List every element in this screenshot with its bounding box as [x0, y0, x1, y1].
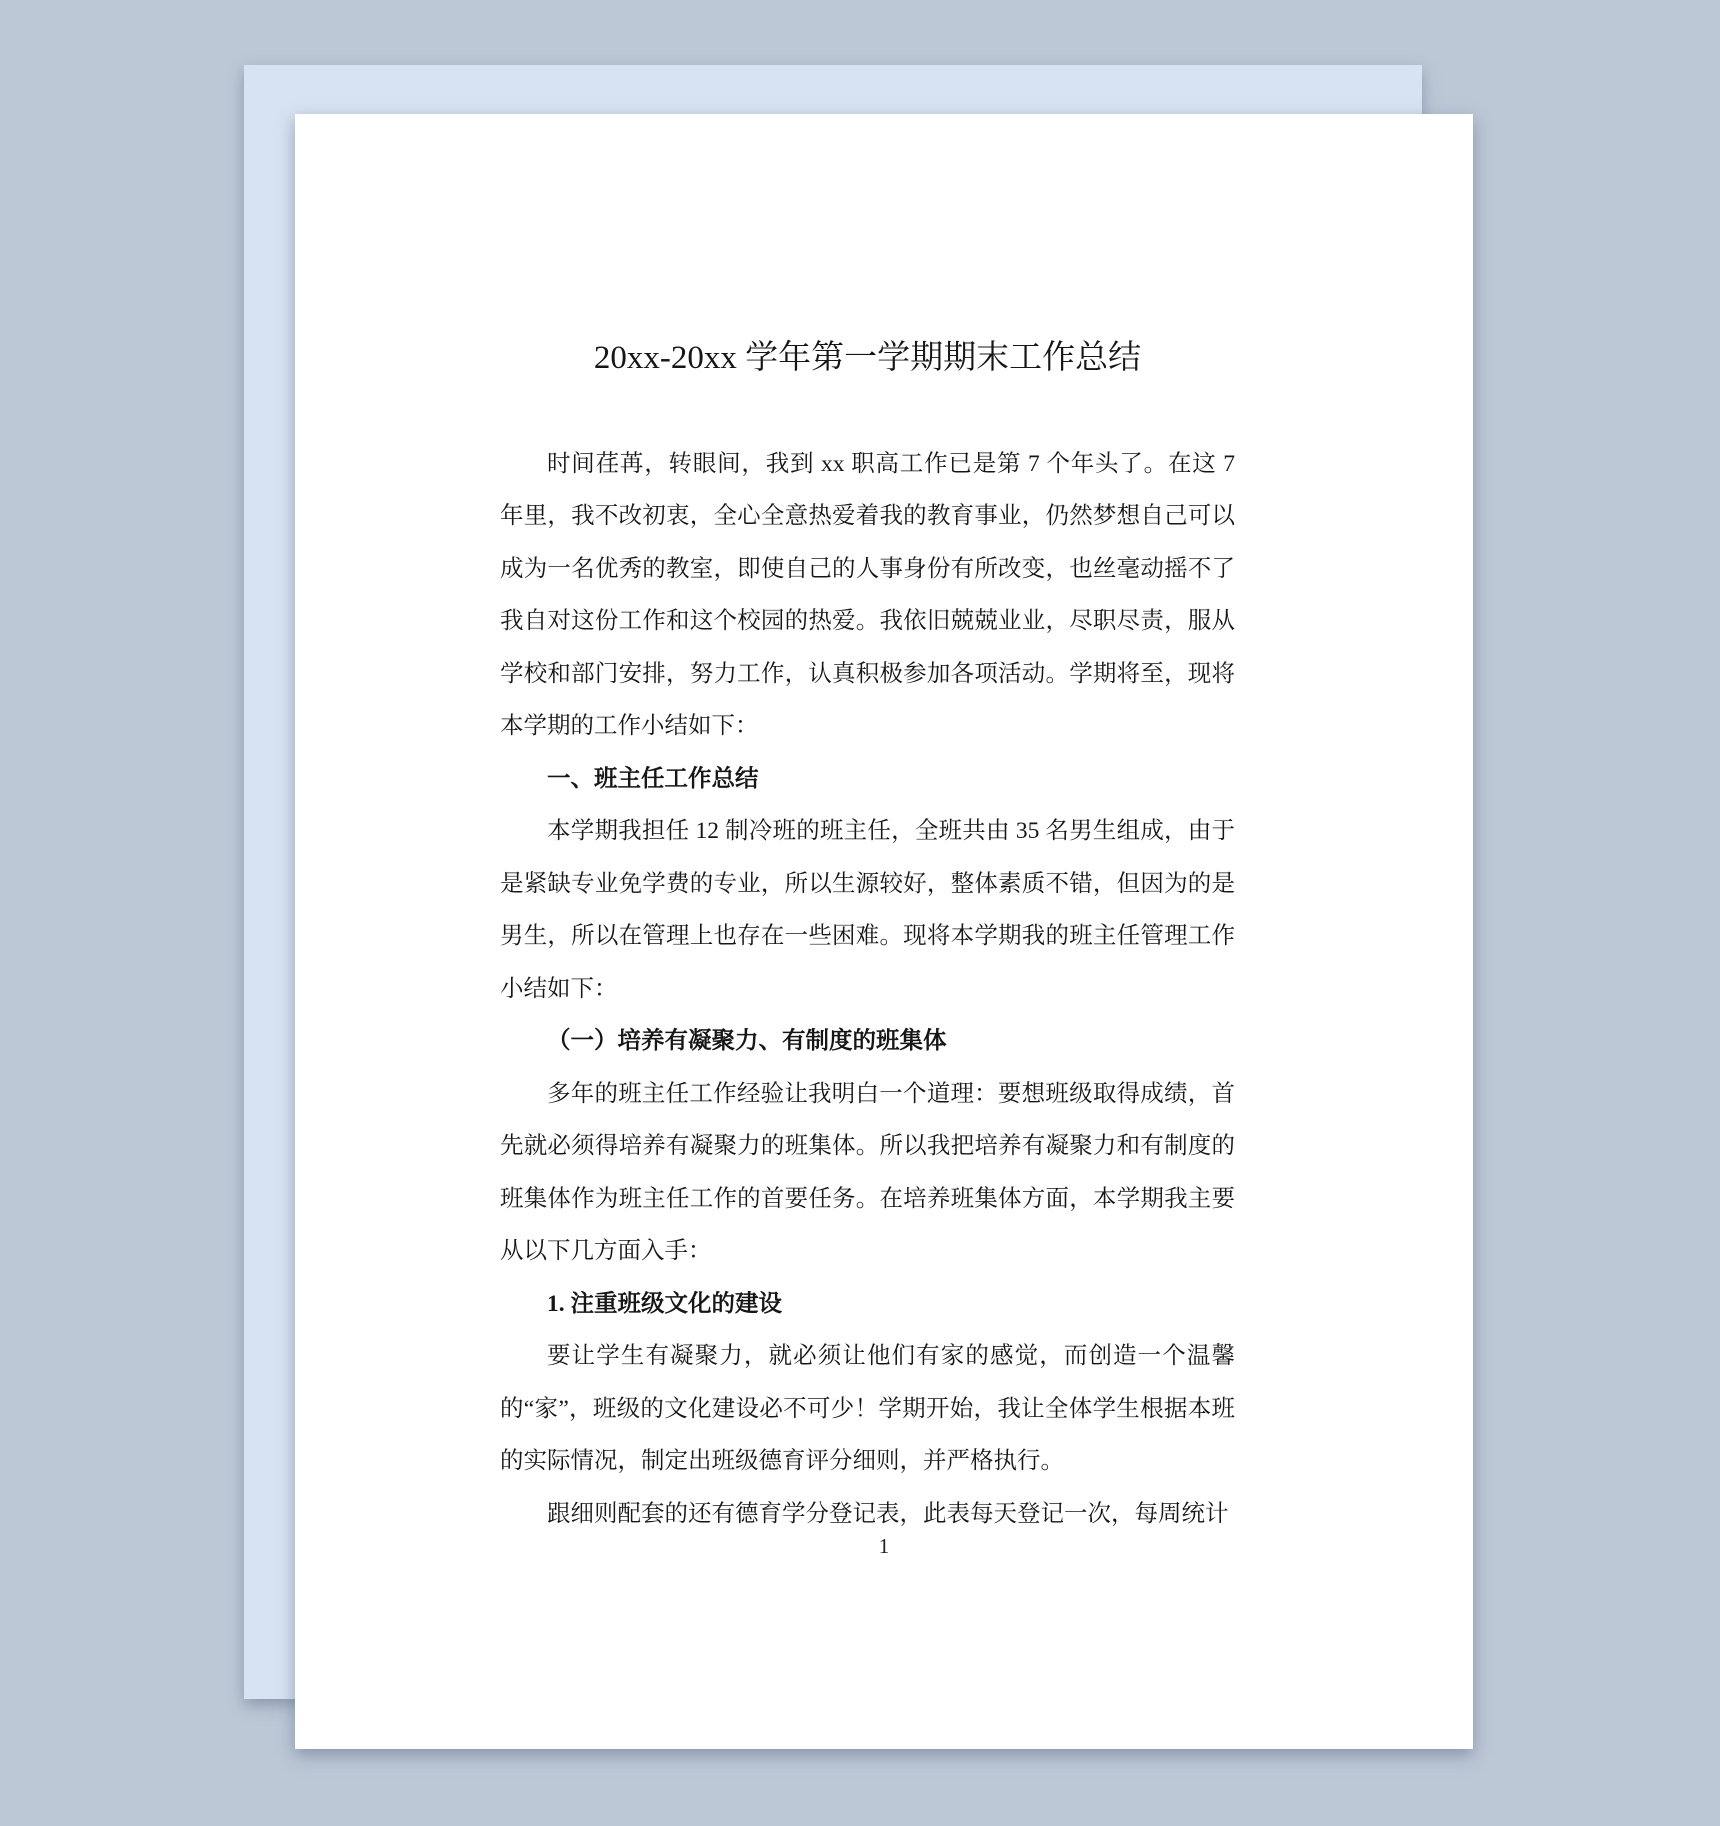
section-heading-class-culture: 1. 注重班级文化的建设: [500, 1278, 1235, 1331]
document-title: 20xx-20xx 学年第一学期期末工作总结: [500, 332, 1235, 385]
desktop-background: 20xx-20xx 学年第一学期期末工作总结 时间荏苒，转眼间，我到 xx 职高…: [0, 0, 1720, 1826]
page-number: 1: [295, 1534, 1473, 1559]
document-page: 20xx-20xx 学年第一学期期末工作总结 时间荏苒，转眼间，我到 xx 职高…: [295, 114, 1473, 1749]
section-heading-cohesive-class: （一）培养有凝聚力、有制度的班集体: [500, 1015, 1235, 1068]
paragraph-class-culture: 要让学生有凝聚力，就必须让他们有家的感觉，而创造一个温馨的“家”，班级的文化建设…: [500, 1330, 1235, 1488]
paragraph-score-register: 跟细则配套的还有德育学分登记表，此表每天登记一次，每周统计: [500, 1488, 1235, 1541]
document-content: 20xx-20xx 学年第一学期期末工作总结 时间荏苒，转眼间，我到 xx 职高…: [500, 332, 1235, 1540]
paragraph-cohesion-experience: 多年的班主任工作经验让我明白一个道理：要想班级取得成绩，首先就必须得培养有凝聚力…: [500, 1068, 1235, 1278]
section-heading-class-teacher-summary: 一、班主任工作总结: [500, 753, 1235, 806]
paragraph-intro: 时间荏苒，转眼间，我到 xx 职高工作已是第 7 个年头了。在这 7 年里，我不…: [500, 438, 1235, 753]
paragraph-class-overview: 本学期我担任 12 制冷班的班主任，全班共由 35 名男生组成，由于是紧缺专业免…: [500, 805, 1235, 1015]
